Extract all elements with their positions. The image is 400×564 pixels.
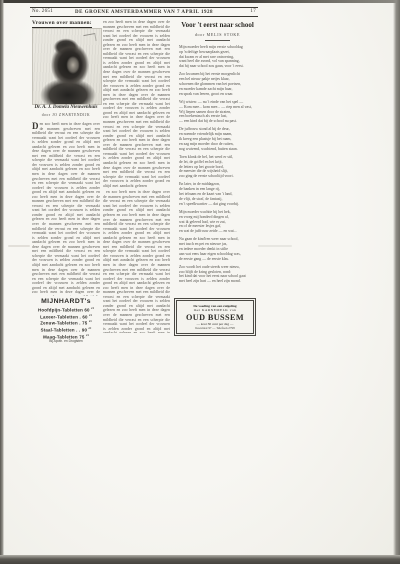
mijnhardt-product-list: Hoofdpijn-Tabletten 60 ctLaxeer-Tablette… bbox=[30, 306, 102, 339]
mijnhardt-advertisement: MIJNHARDT's Hoofdpijn-Tabletten 60 ctLax… bbox=[30, 298, 102, 344]
poem-line: de eerste gang — de eerste klas. bbox=[179, 257, 262, 262]
mijnhardt-product-line: Staal-Tabletten . . 90 ct bbox=[30, 326, 102, 333]
poem-line: — Kom mee... kom mee... — riep men al va… bbox=[179, 105, 262, 110]
poem-stanza: Mijn moeder heeft mijn eerste schooldago… bbox=[179, 45, 262, 69]
poem-stanza: En later, in de middagzon,de banken in e… bbox=[179, 182, 262, 206]
poem-divider-rule bbox=[205, 40, 230, 41]
article-body-left-column: Den zoo heeft men in deze dagen over de … bbox=[32, 122, 100, 296]
article-greeked-paragraph: en zoo heeft men in deze dagen over de m… bbox=[103, 190, 170, 333]
poem-line: dat hij naar school zou gaan, voor 't ee… bbox=[179, 64, 262, 69]
mijnhardt-footer: Bij Apoth. en Drogisten bbox=[30, 339, 102, 344]
mijnhardt-product-line: Laxeer-Tabletten . 60 ct bbox=[30, 313, 102, 320]
poem-stanza: Mijn moeder wachtte bij het hek,en vroeg… bbox=[179, 210, 262, 234]
poem-line: en 't speelkwartier — dat ging voorbij. bbox=[179, 202, 262, 207]
poem-line: — een kind dat bij de school nu past. bbox=[179, 119, 262, 124]
article-body-middle-column: en zoo heeft men in deze dagen over de m… bbox=[103, 20, 170, 333]
poem-line: en wat de juffrouw zeide — en wat... bbox=[179, 229, 262, 234]
scan-edge-right bbox=[393, 0, 400, 564]
portrait-caption-byline: door JO ZWARTENDIJK bbox=[30, 113, 102, 117]
article-greeked-paragraph: en zoo heeft men in deze dagen over de m… bbox=[103, 20, 170, 188]
oud-bussem-inner-border: De voeding van een zuigeling met KARNEME… bbox=[176, 300, 254, 334]
poem-line: nog wuivend, wachtend, buiten staan. bbox=[179, 147, 262, 152]
page-number: 17 bbox=[250, 9, 256, 14]
poem-stanza: Toen klonk de bel, het werd er stil,de l… bbox=[179, 155, 262, 179]
poem-title: Voor 't eerst naar school bbox=[173, 21, 262, 29]
portrait-caption-title: Dr. A. J. Domela Nieuwenhuis bbox=[30, 105, 102, 110]
scan-edge-left bbox=[0, 0, 4, 564]
mijnhardt-product-line: Maag-Tabletten 75 ct bbox=[30, 333, 102, 340]
oud-bussem-advertisement-box: De voeding van een zuigeling met KARNEME… bbox=[174, 298, 256, 336]
poem-stanza: Zoo kwamen bij het eerste morgenlichteen… bbox=[179, 72, 262, 96]
oud-bussem-brand: OUD BUSSEM bbox=[177, 313, 253, 322]
masthead: No. 2651 DE GROENE AMSTERDAMMER VAN 7 AP… bbox=[30, 9, 258, 16]
newspaper-scan-page: No. 2651 DE GROENE AMSTERDAMMER VAN 7 AP… bbox=[0, 0, 400, 564]
poem-line: zoo ging de eerste schooltijd voort. bbox=[179, 174, 262, 179]
mijnhardt-product-line: Hoofdpijn-Tabletten 60 ct bbox=[30, 306, 102, 313]
poem-line: met heel zijn hart — en heel zijn mond. bbox=[179, 279, 262, 284]
scan-edge-bottom bbox=[0, 555, 400, 564]
article-greeked-text-left: en zoo heeft men in deze dagen over de m… bbox=[32, 122, 100, 296]
scan-smudge-left bbox=[8, 245, 30, 247]
scan-edge-top bbox=[0, 0, 400, 3]
poem-stanza: Nu gaan de kind'ren weer naar school,met… bbox=[179, 237, 262, 261]
portrait-etching-image bbox=[32, 28, 102, 105]
mijnhardt-brand: MIJNHARDT's bbox=[30, 298, 102, 306]
poem-stanza: Wij wisten: — nu 't einde van het spel —… bbox=[179, 100, 262, 124]
poem-body: Mijn moeder heeft mijn eerste schooldago… bbox=[179, 45, 262, 295]
poem-stanza: Zoo wordt het oude steeds weer nieuw,zoo… bbox=[179, 265, 262, 284]
mijnhardt-product-line: Zenuw-Tabletten . 75 ct bbox=[30, 319, 102, 326]
poem-byline: door MELIS STOKE bbox=[173, 32, 262, 37]
poem-stanza: De juffrouw stond al bij de deur,en noem… bbox=[179, 127, 262, 151]
section-heading: Vrouwen over mannen: bbox=[32, 20, 92, 28]
masthead-rule-bottom bbox=[30, 16, 258, 17]
scan-smudge-right bbox=[258, 245, 292, 247]
newspaper-title: DE GROENE AMSTERDAMMER VAN 7 APRIL 1928 bbox=[30, 10, 258, 15]
article-dropcap: D bbox=[32, 122, 40, 130]
poem-line: en sprak van leeren, groot en waar. bbox=[179, 92, 262, 97]
oud-bussem-address-line: Koestraat 97 — Telefoon 2798 bbox=[177, 326, 253, 330]
